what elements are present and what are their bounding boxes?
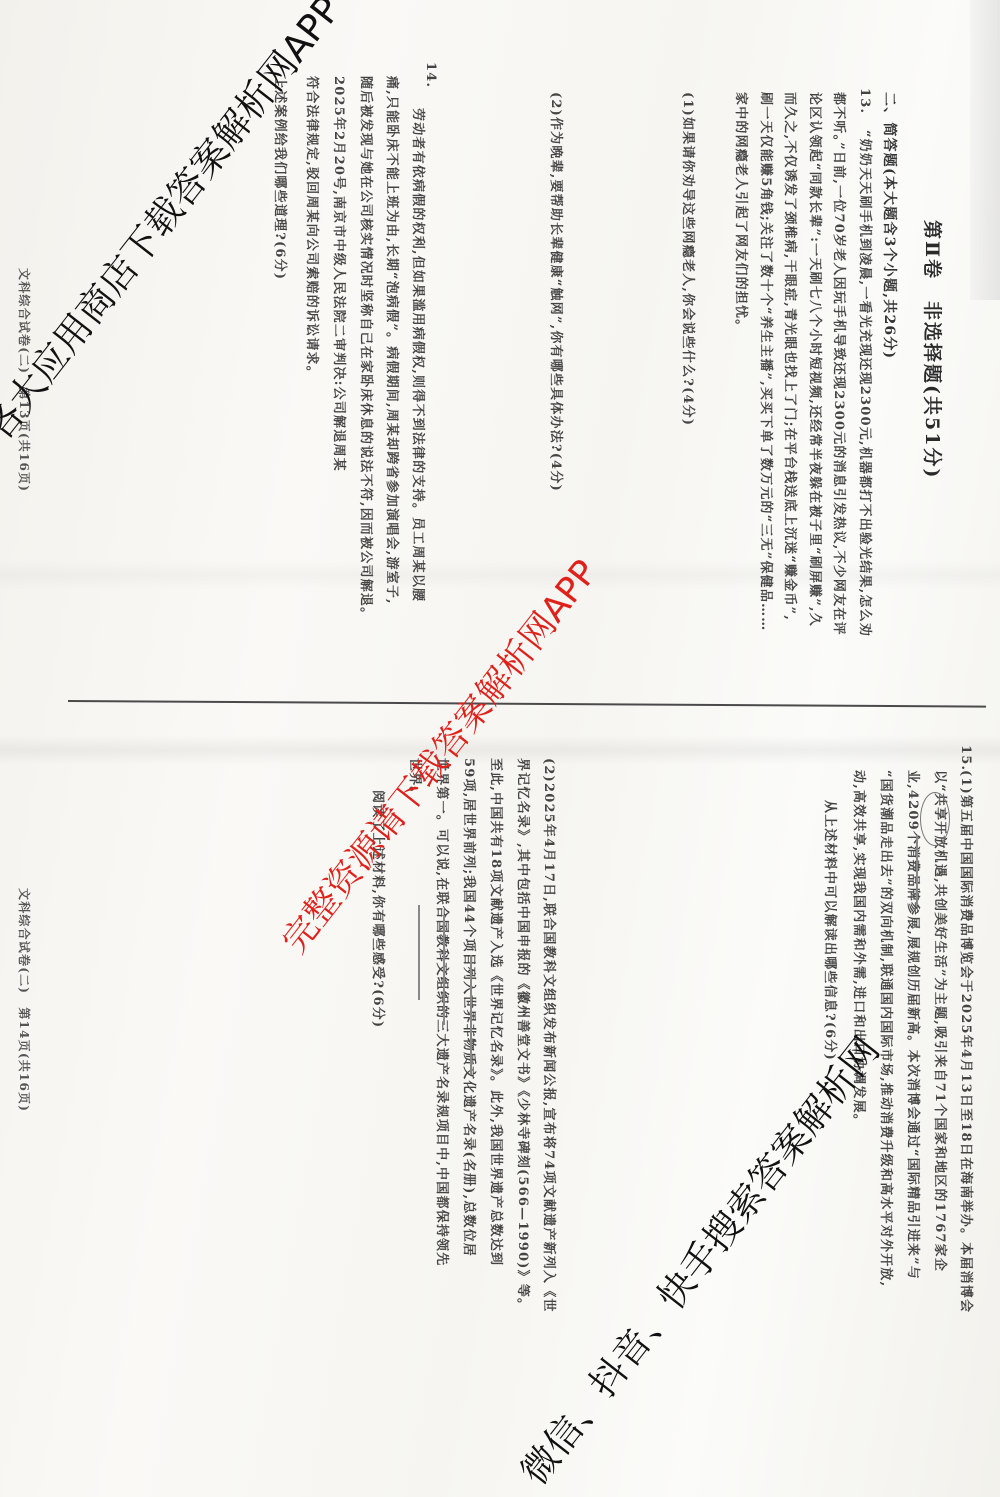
question-number-14: 14. — [423, 62, 438, 88]
fold-shadow — [0, 560, 1000, 590]
section-heading: 二、简答题(本大题含3个小题,共26分) — [880, 92, 900, 359]
pen-bracket-annotation — [418, 905, 420, 1000]
q14-text-line: 随后被发现与她在公司核实情况时坚称自己在家卧床休息的说法不符,因而被公司解退。 — [358, 76, 377, 621]
q14-text-line: 劳动者有依病假的权利,但如果滥用病假权,则得不到法律的支持。员工周某以腰 — [410, 108, 429, 602]
paper-part-title: 第Ⅱ卷 非选择题(共51分) — [920, 220, 947, 479]
q13-text-line: 刷一天仅能赚5角钱;关注了数十个“养生主播”,买买下单了数万元的“三无”保健品…… — [758, 92, 777, 631]
q13-subquestion-1: (1)如果请你劝导这些网瘾老人,你会说些什么?(4分) — [680, 92, 699, 426]
q13-text-line: 家中的网瘾老人引起了网友们的担忧。 — [733, 92, 752, 333]
q15-text-line: 至此,中国共有18项文献遗产入选《世界记忆名录》。此外,我国世界遗产总数达到 — [488, 758, 507, 1266]
q13-subquestion-2: (2)作为晚辈,要帮助长辈健康“触网”,你有哪些具体办法?(4分) — [548, 92, 567, 492]
q14-text-line: 符合法律规定,驳回周某向公司索赔的诉讼请求。 — [304, 76, 323, 380]
pen-bracket-annotation — [470, 955, 472, 1075]
page-footer-14: 文科综合试卷(二) 第14页(共16页) — [16, 888, 33, 1112]
q13-text-line: 都不听。”日前,一位70岁老人因玩手机导致还现2300元的消息引发热议,不少网友… — [831, 92, 850, 636]
q13-text-line: 论区认领起“同款长辈”:一天刷七八个小时短视频,还经常半夜躲在被子里“刷屏赚”,… — [807, 92, 826, 627]
page-divider-line — [68, 700, 986, 708]
question-number-15: 15. — [958, 745, 973, 771]
q15-text-line: 界记忆名录》,其中包括中国申报的《徽州善堂文书》《少林寺碑刻(566—1990)… — [515, 758, 534, 1312]
q15-text-line: 业,4209个消费品牌参展,展规创历届新高。本次消博会通过“国际精品引进来”与 — [905, 770, 924, 1280]
pen-underline-annotation — [916, 835, 918, 905]
q15-subquestion-1: 从上述材料中可以解读出哪些信息?(6分) — [822, 800, 841, 1061]
pen-bracket-annotation — [443, 915, 445, 1025]
q13-text-line: “奶奶天天刷手机到凌晨,一看光充现还现2300元,机器都打不出验光结果,怎么劝 — [857, 130, 876, 637]
question-number-13: 13. — [857, 88, 872, 114]
q15-text-line: (2)2025年4月17日,联合国教科文组织发布新闻公报,宣布将74项文献遗产新… — [541, 758, 560, 1313]
q13-text-line: 而久之,不仅诱发了颈椎病,干眼症,青光眼也找上了门;在平台栈送底上沉迷“赚金币”… — [782, 92, 801, 621]
q15-text-line: (1)第五届中国国际消费品博览会于2025年4月13日至18日在海南举办。本届消… — [958, 770, 977, 1313]
watermark-app-store: 各大应用商店下载答案解析网APP — [0, 0, 351, 450]
q14-text-line: 痛,只能卧床不能上班为由,长期“泡病假”。病假期间,周某却跨省参加演唱会,游室子… — [384, 76, 403, 605]
pen-circle-annotation — [920, 792, 950, 846]
q15-text-line: “国货潮品走出去”的双向机制,联通国内国际市场,推动消费升级和高水平对外开放, — [878, 770, 897, 1287]
q14-text-line-tail: 2025年2月20号,南京市中级人民法院二审判决:公司解退周某 — [331, 76, 350, 472]
watermark-social-search: 微信、抖音、快手搜索答案解析网 — [505, 1023, 889, 1494]
